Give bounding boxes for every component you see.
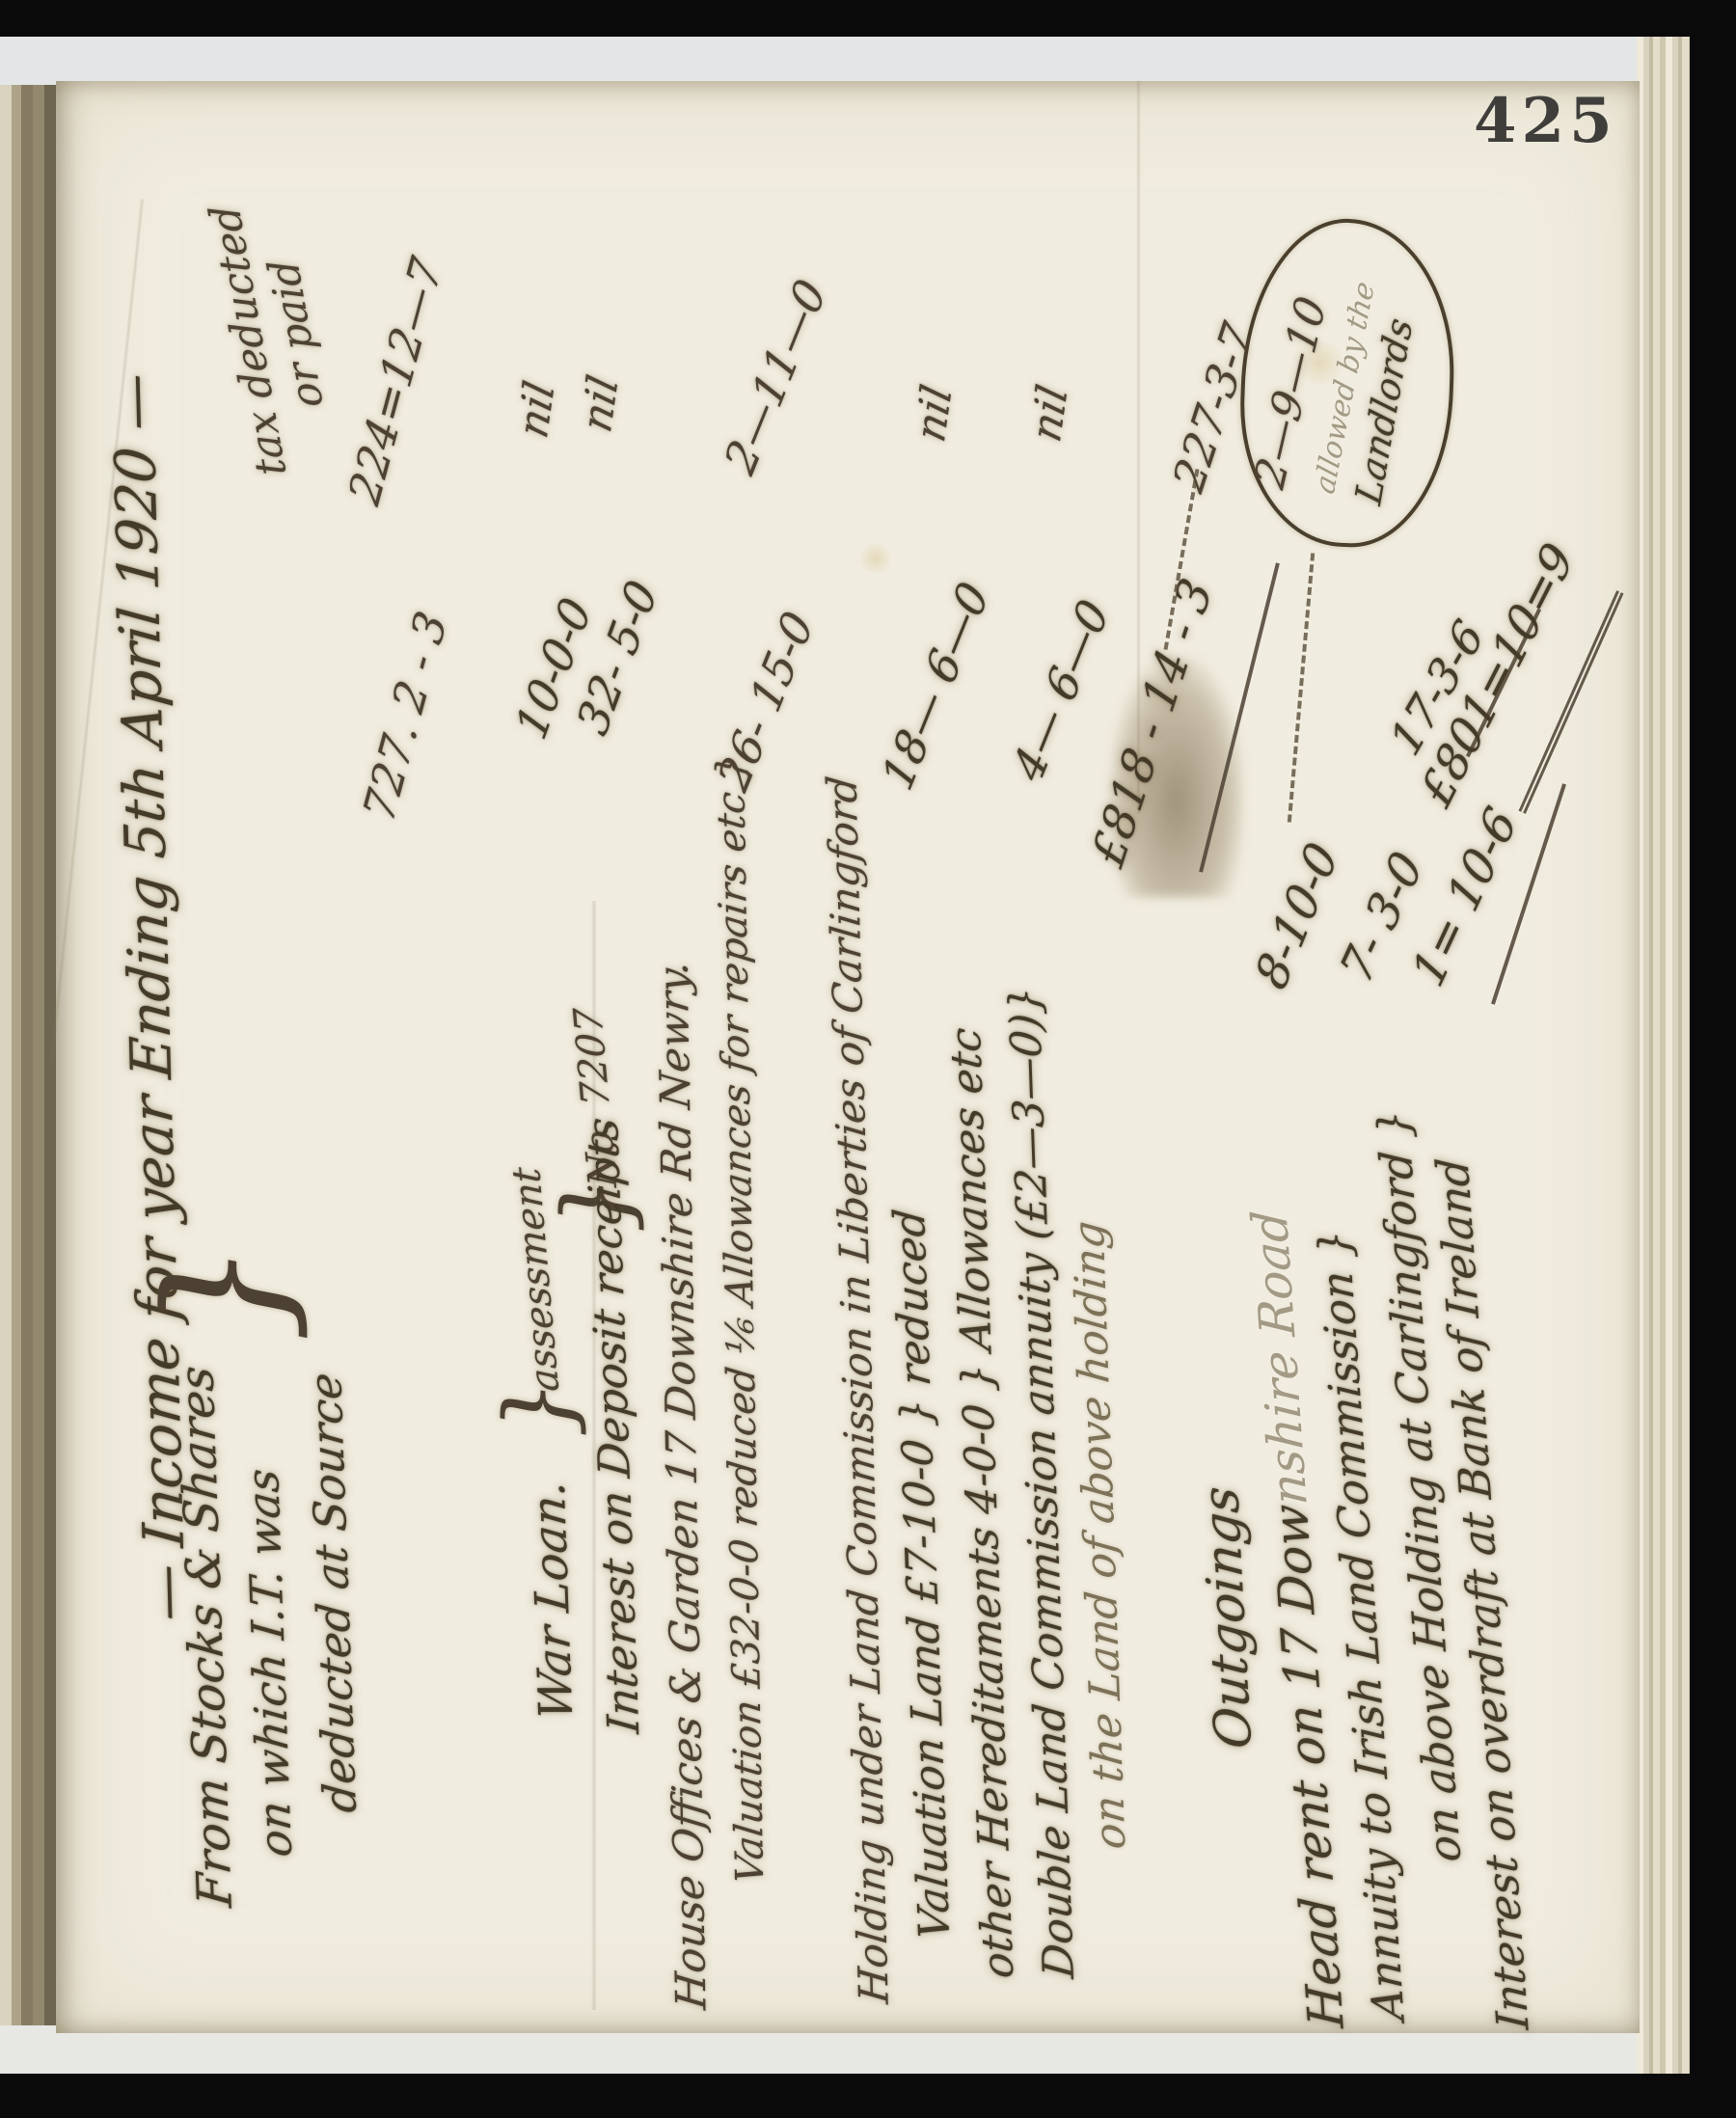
row-stocks-line2: on which I.T. was — [236, 1467, 302, 1860]
row-house-line2: Valuation £32-0-0 reduced ⅙ Allowances f… — [709, 753, 773, 1887]
row-holding-line1: Holding under Land Commission in Liberti… — [818, 774, 897, 2006]
stocks-tax: 224=12—7 — [339, 251, 452, 512]
row-holding-line2: Valuation Land £7-10-0 } reduced — [885, 1208, 961, 1941]
book-scan: 425 — Income for year Ending 5th April 1… — [0, 0, 1736, 2118]
row-stocks-line3: deducted at Source — [299, 1371, 366, 1814]
double-amount: 4— 6—0 — [1003, 591, 1120, 790]
manuscript-content: — Income for year Ending 5th April 1920 … — [92, 236, 1596, 2030]
book-cover-bottom — [0, 2074, 1736, 2118]
outgoings-heading: Outgoings — [1192, 1484, 1264, 1751]
page-edge-bottom — [0, 2025, 1694, 2077]
row-warloan-label: War Loan. — [522, 1479, 584, 1722]
stocks-brace: } — [130, 1240, 319, 1344]
deposit-tax: nil — [573, 370, 628, 437]
headrent-label-end: nshire Road — [1241, 1209, 1318, 1506]
tax-column-header: tax deducted or paid — [201, 201, 345, 476]
row-house-line1: House Offices & Garden 17 Downshire Rd N… — [649, 959, 716, 2012]
house-amount: 26- 15-0 — [708, 603, 824, 800]
headrent-dash-line — [1288, 553, 1315, 822]
row-stocks-line1: From Stocks & Shares — [169, 1364, 243, 1909]
stocks-amount: 727. 2 - 3 — [353, 605, 457, 828]
warloan-tax: nil — [509, 376, 564, 443]
double-tax: nil — [1022, 380, 1077, 447]
page-number: 425 — [1474, 85, 1617, 157]
house-tax: 2—11—0 — [715, 271, 836, 482]
page-edge-top — [0, 35, 1694, 85]
holding-tax: nil — [907, 380, 962, 447]
headrent-amount: 8-10-0 — [1245, 834, 1349, 998]
page-stack-edge — [1637, 0, 1694, 2118]
holding-amount: 18— 6—0 — [872, 574, 999, 799]
book-cover-top — [0, 0, 1736, 37]
book-cover-right — [1690, 0, 1736, 2118]
